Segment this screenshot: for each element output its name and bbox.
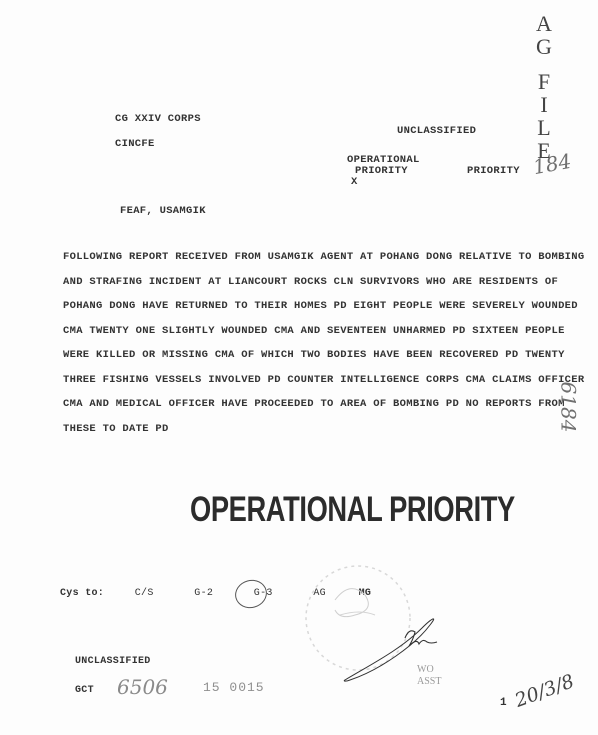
- handwritten-message-number: 6506: [117, 675, 168, 699]
- signature-line: ASST: [417, 676, 441, 688]
- classification-top: UNCLASSIFIED: [397, 125, 476, 137]
- precedence: PRIORITY: [467, 165, 520, 177]
- addressee-info: CINCFE: [115, 138, 155, 150]
- gct-label: GCT: [75, 685, 94, 696]
- page-number: 1: [500, 697, 507, 709]
- ag-file-letter: F: [533, 70, 555, 93]
- message-line: CMA TWENTY ONE SLIGHTLY WOUNDED CMA AND …: [63, 319, 563, 344]
- message-line: POHANG DONG HAVE RETURNED TO THEIR HOMES…: [63, 294, 563, 319]
- message-line: WERE KILLED OR MISSING CMA OF WHICH TWO …: [63, 343, 563, 368]
- ag-file-letter: A: [533, 12, 555, 35]
- ag-file-letter: I: [533, 93, 555, 116]
- message-line: CMA AND MEDICAL OFFICER HAVE PROCEEDED T…: [63, 392, 563, 417]
- classification-bottom: UNCLASSIFIED: [75, 656, 151, 667]
- message-body: FOLLOWING REPORT RECEIVED FROM USAMGIK A…: [63, 245, 563, 441]
- message-line: AND STRAFING INCIDENT AT LIANCOURT ROCKS…: [63, 270, 563, 295]
- message-line: FOLLOWING REPORT RECEIVED FROM USAMGIK A…: [63, 245, 563, 270]
- copy-recipient: C/S: [135, 588, 154, 599]
- originator: FEAF, USAMGIK: [120, 205, 206, 217]
- date-time-group: 15 0015: [203, 680, 265, 695]
- ag-file-letter: G: [533, 35, 555, 58]
- operational-priority-stamp: OPERATIONAL PRIORITY: [190, 490, 515, 530]
- addressee-to: CG XXIV CORPS: [115, 113, 201, 125]
- precedence-box: OPERATIONAL PRIORITY X: [347, 155, 420, 188]
- ag-file-stamp: A G F I L E: [533, 12, 555, 162]
- precedence-check-mark: X: [347, 177, 420, 188]
- signature-block: WO ASST: [417, 652, 441, 688]
- message-line: THREE FISHING VESSELS INVOLVED PD COUNTE…: [63, 368, 563, 393]
- ag-circle-mark: [232, 576, 270, 611]
- handwritten-header-number: 184: [531, 149, 573, 179]
- margin-handwritten-note: 6184: [556, 382, 580, 433]
- signature-icon: [340, 610, 460, 685]
- message-line: THESE TO DATE PD: [63, 417, 563, 442]
- copies-label: Cys to:: [60, 588, 104, 599]
- handwritten-reference: 20/3/8: [512, 670, 577, 712]
- signature-line: [417, 652, 441, 664]
- ag-file-letter: L: [533, 116, 555, 139]
- copy-recipient: G-2: [194, 588, 213, 599]
- signature-line: WO: [417, 664, 441, 676]
